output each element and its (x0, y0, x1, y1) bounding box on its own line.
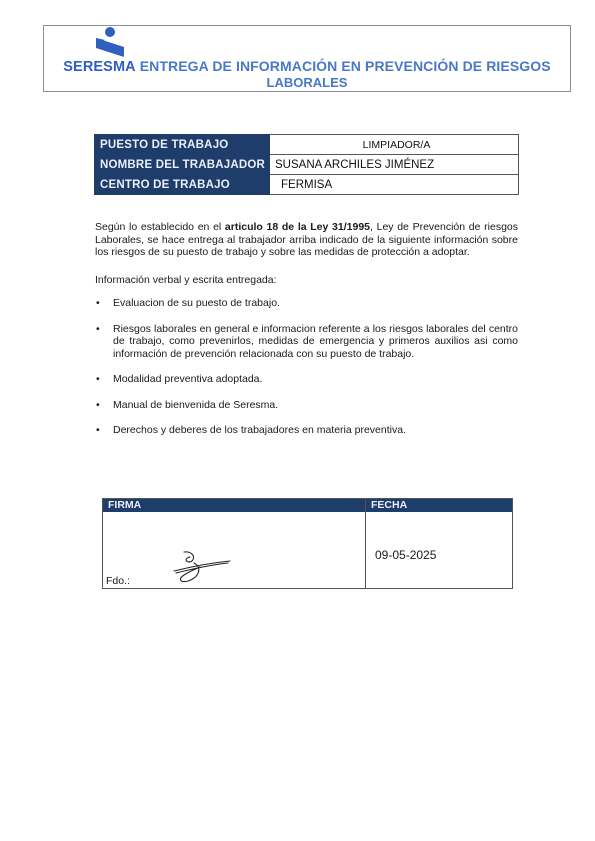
legal-paragraph: Según lo establecido en el articulo 18 d… (95, 221, 518, 259)
list-item: •Riesgos laborales en general e informac… (95, 323, 518, 361)
firma-label: FIRMA (108, 499, 141, 512)
seresma-logo-icon (93, 27, 127, 57)
signature-table-header: FIRMA FECHA (103, 499, 512, 512)
list-item-text: Riesgos laborales en general e informaci… (113, 323, 518, 360)
worker-info-table: PUESTO DE TRABAJO LIMPIADOR/A NOMBRE DEL… (94, 134, 519, 195)
list-item-text: Manual de bienvenida de Seresma. (113, 399, 278, 411)
table-row: NOMBRE DEL TRABAJADOR SUSANA ARCHILES JI… (95, 155, 519, 175)
brand-name: SERESMA (63, 59, 135, 75)
list-item: •Manual de bienvenida de Seresma. (95, 399, 518, 412)
title-text: ENTREGA DE INFORMACIÓN EN PREVENCIÓN DE … (140, 58, 551, 74)
law-reference: articulo 18 de la Ley 31/1995 (225, 221, 370, 233)
bullet-icon: • (96, 373, 100, 386)
fdo-label: Fdo.: (106, 575, 130, 587)
bullet-icon: • (96, 323, 100, 336)
date-value: 09-05-2025 (375, 548, 436, 562)
list-item: •Derechos y deberes de los trabajadores … (95, 424, 518, 437)
list-item: •Evaluacion de su puesto de trabajo. (95, 297, 518, 310)
list-item-text: Evaluacion de su puesto de trabajo. (113, 297, 280, 309)
signature-table: FIRMA FECHA Fdo.: 09-05-2025 (102, 498, 513, 589)
worker-name-label: NOMBRE DEL TRABAJADOR (95, 155, 270, 175)
handwritten-signature-icon (170, 549, 232, 583)
list-item-text: Derechos y deberes de los trabajadores e… (113, 424, 406, 436)
document-title-line2: LABORALES (50, 75, 564, 90)
info-list: •Evaluacion de su puesto de trabajo. •Ri… (95, 297, 518, 450)
bullet-icon: • (96, 424, 100, 437)
worker-name-value: SUSANA ARCHILES JIMÉNEZ (270, 155, 519, 175)
list-item: •Modalidad preventiva adoptada. (95, 373, 518, 386)
workplace-label: CENTRO DE TRABAJO (95, 175, 270, 195)
job-position-value: LIMPIADOR/A (270, 135, 519, 155)
para-text: Según lo establecido en el (95, 221, 225, 233)
table-row: PUESTO DE TRABAJO LIMPIADOR/A (95, 135, 519, 155)
bullet-icon: • (96, 297, 100, 310)
table-row: CENTRO DE TRABAJO FERMISA (95, 175, 519, 195)
list-item-text: Modalidad preventiva adoptada. (113, 373, 262, 385)
workplace-value: FERMISA (270, 175, 519, 195)
job-position-label: PUESTO DE TRABAJO (95, 135, 270, 155)
info-intro: Información verbal y escrita entregada: (95, 274, 277, 286)
document-title: SERESMA ENTREGA DE INFORMACIÓN EN PREVEN… (50, 58, 564, 75)
bullet-icon: • (96, 399, 100, 412)
column-divider (365, 499, 366, 588)
fecha-label: FECHA (371, 499, 407, 512)
